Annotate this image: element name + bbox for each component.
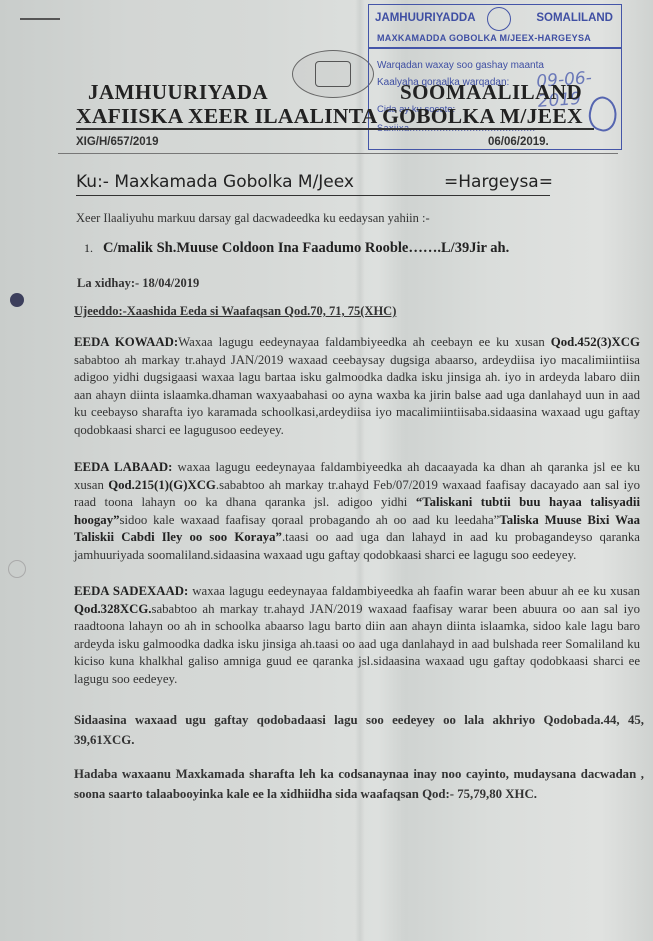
stamp-divider xyxy=(369,47,621,49)
charge-text: sababtoo ah markay tr.ahayd JAN/2019 wax… xyxy=(74,353,640,437)
charge-law: Qod.328XCG. xyxy=(74,602,152,616)
document-page: JAMHUURIYADDA SOMALILAND MAXKAMADDA GOBO… xyxy=(0,0,653,941)
conclusion-paragraph: Sidaasina waxaad ugu gaftay qodobadaasi … xyxy=(74,710,644,750)
addressee-city: =Hargeysa= xyxy=(444,172,553,192)
charge-1: EEDA KOWAAD:Waxaa lagugu eedeynayaa fald… xyxy=(74,334,640,440)
charge-text: sidoo kale waxaad faafisay qoraal probag… xyxy=(120,513,500,527)
charge-law: Qod.215(1)(G)XCG xyxy=(108,478,216,492)
stamp-emblem-icon xyxy=(487,7,511,31)
letterhead-office: XAFIISKA XEER ILAALINTA GOBOLKA M/JEEX xyxy=(76,104,583,129)
stamp-received-field: Warqadan waxay soo gashay maanta xyxy=(377,60,544,71)
charge-label: EEDA LABAAD: xyxy=(74,460,172,474)
charge-law: Qod.452(3)XCG xyxy=(551,335,640,349)
stamp-court: MAXKAMADDA GOBOLKA M/JEEX-HARGEYSA xyxy=(377,33,591,43)
reference-number: XIG/H/657/2019 xyxy=(76,136,158,148)
coat-of-arms-emblem-icon xyxy=(292,50,374,98)
intro-text: Xeer Ilaaliyuhu markuu darsay gal dacwad… xyxy=(76,211,430,226)
stamp-country-right: SOMALILAND xyxy=(536,12,613,24)
accused-number: 1. xyxy=(84,241,93,255)
scales-of-justice-icon xyxy=(315,61,351,87)
charge-text: Waxaa lagugu eedeynayaa faldambiyeedka a… xyxy=(178,335,551,349)
header-divider xyxy=(58,153,618,154)
letterhead-republic: JAMHUURIYADA xyxy=(88,80,268,105)
punch-hole-mark xyxy=(10,293,24,307)
arrest-date: La xidhay:- 18/04/2019 xyxy=(77,276,199,291)
charge-label: EEDA SADEXAAD: xyxy=(74,584,188,598)
page-mark xyxy=(20,18,60,20)
addressee-underline xyxy=(76,195,550,196)
addressee: Ku:- Maxkamada Gobolka M/Jeex xyxy=(76,172,354,192)
charge-3: EEDA SADEXAAD: waxaa lagugu eedeynayaa f… xyxy=(74,583,640,689)
subject-line: Ujeeddo:-Xaashida Eeda si Waafaqsan Qod.… xyxy=(74,304,396,319)
accused-name: C/malik Sh.Muuse Coldoon Ina Faadumo Roo… xyxy=(103,240,509,256)
letter-date: 06/06/2019. xyxy=(488,136,549,148)
charge-2: EEDA LABAAD: waxaa lagugu eedeynayaa fal… xyxy=(74,459,640,565)
letterhead-rule xyxy=(76,128,594,130)
stamp-country: JAMHUURIYADDA xyxy=(375,12,476,24)
charge-text: waxaa lagugu eedeynayaa faldambiyeedka a… xyxy=(188,584,640,598)
request-paragraph: Hadaba waxaanu Maxkamada sharafta leh ka… xyxy=(74,764,644,804)
charge-text: sababtoo ah markay tr.ahayd JAN/2019 wax… xyxy=(74,602,640,686)
punch-hole-mark xyxy=(8,560,26,578)
letterhead-country: SOOMAALILAND xyxy=(400,80,582,105)
accused-item: 1.C/malik Sh.Muuse Coldoon Ina Faadumo R… xyxy=(84,240,509,257)
charge-label: EEDA KOWAAD: xyxy=(74,335,178,349)
